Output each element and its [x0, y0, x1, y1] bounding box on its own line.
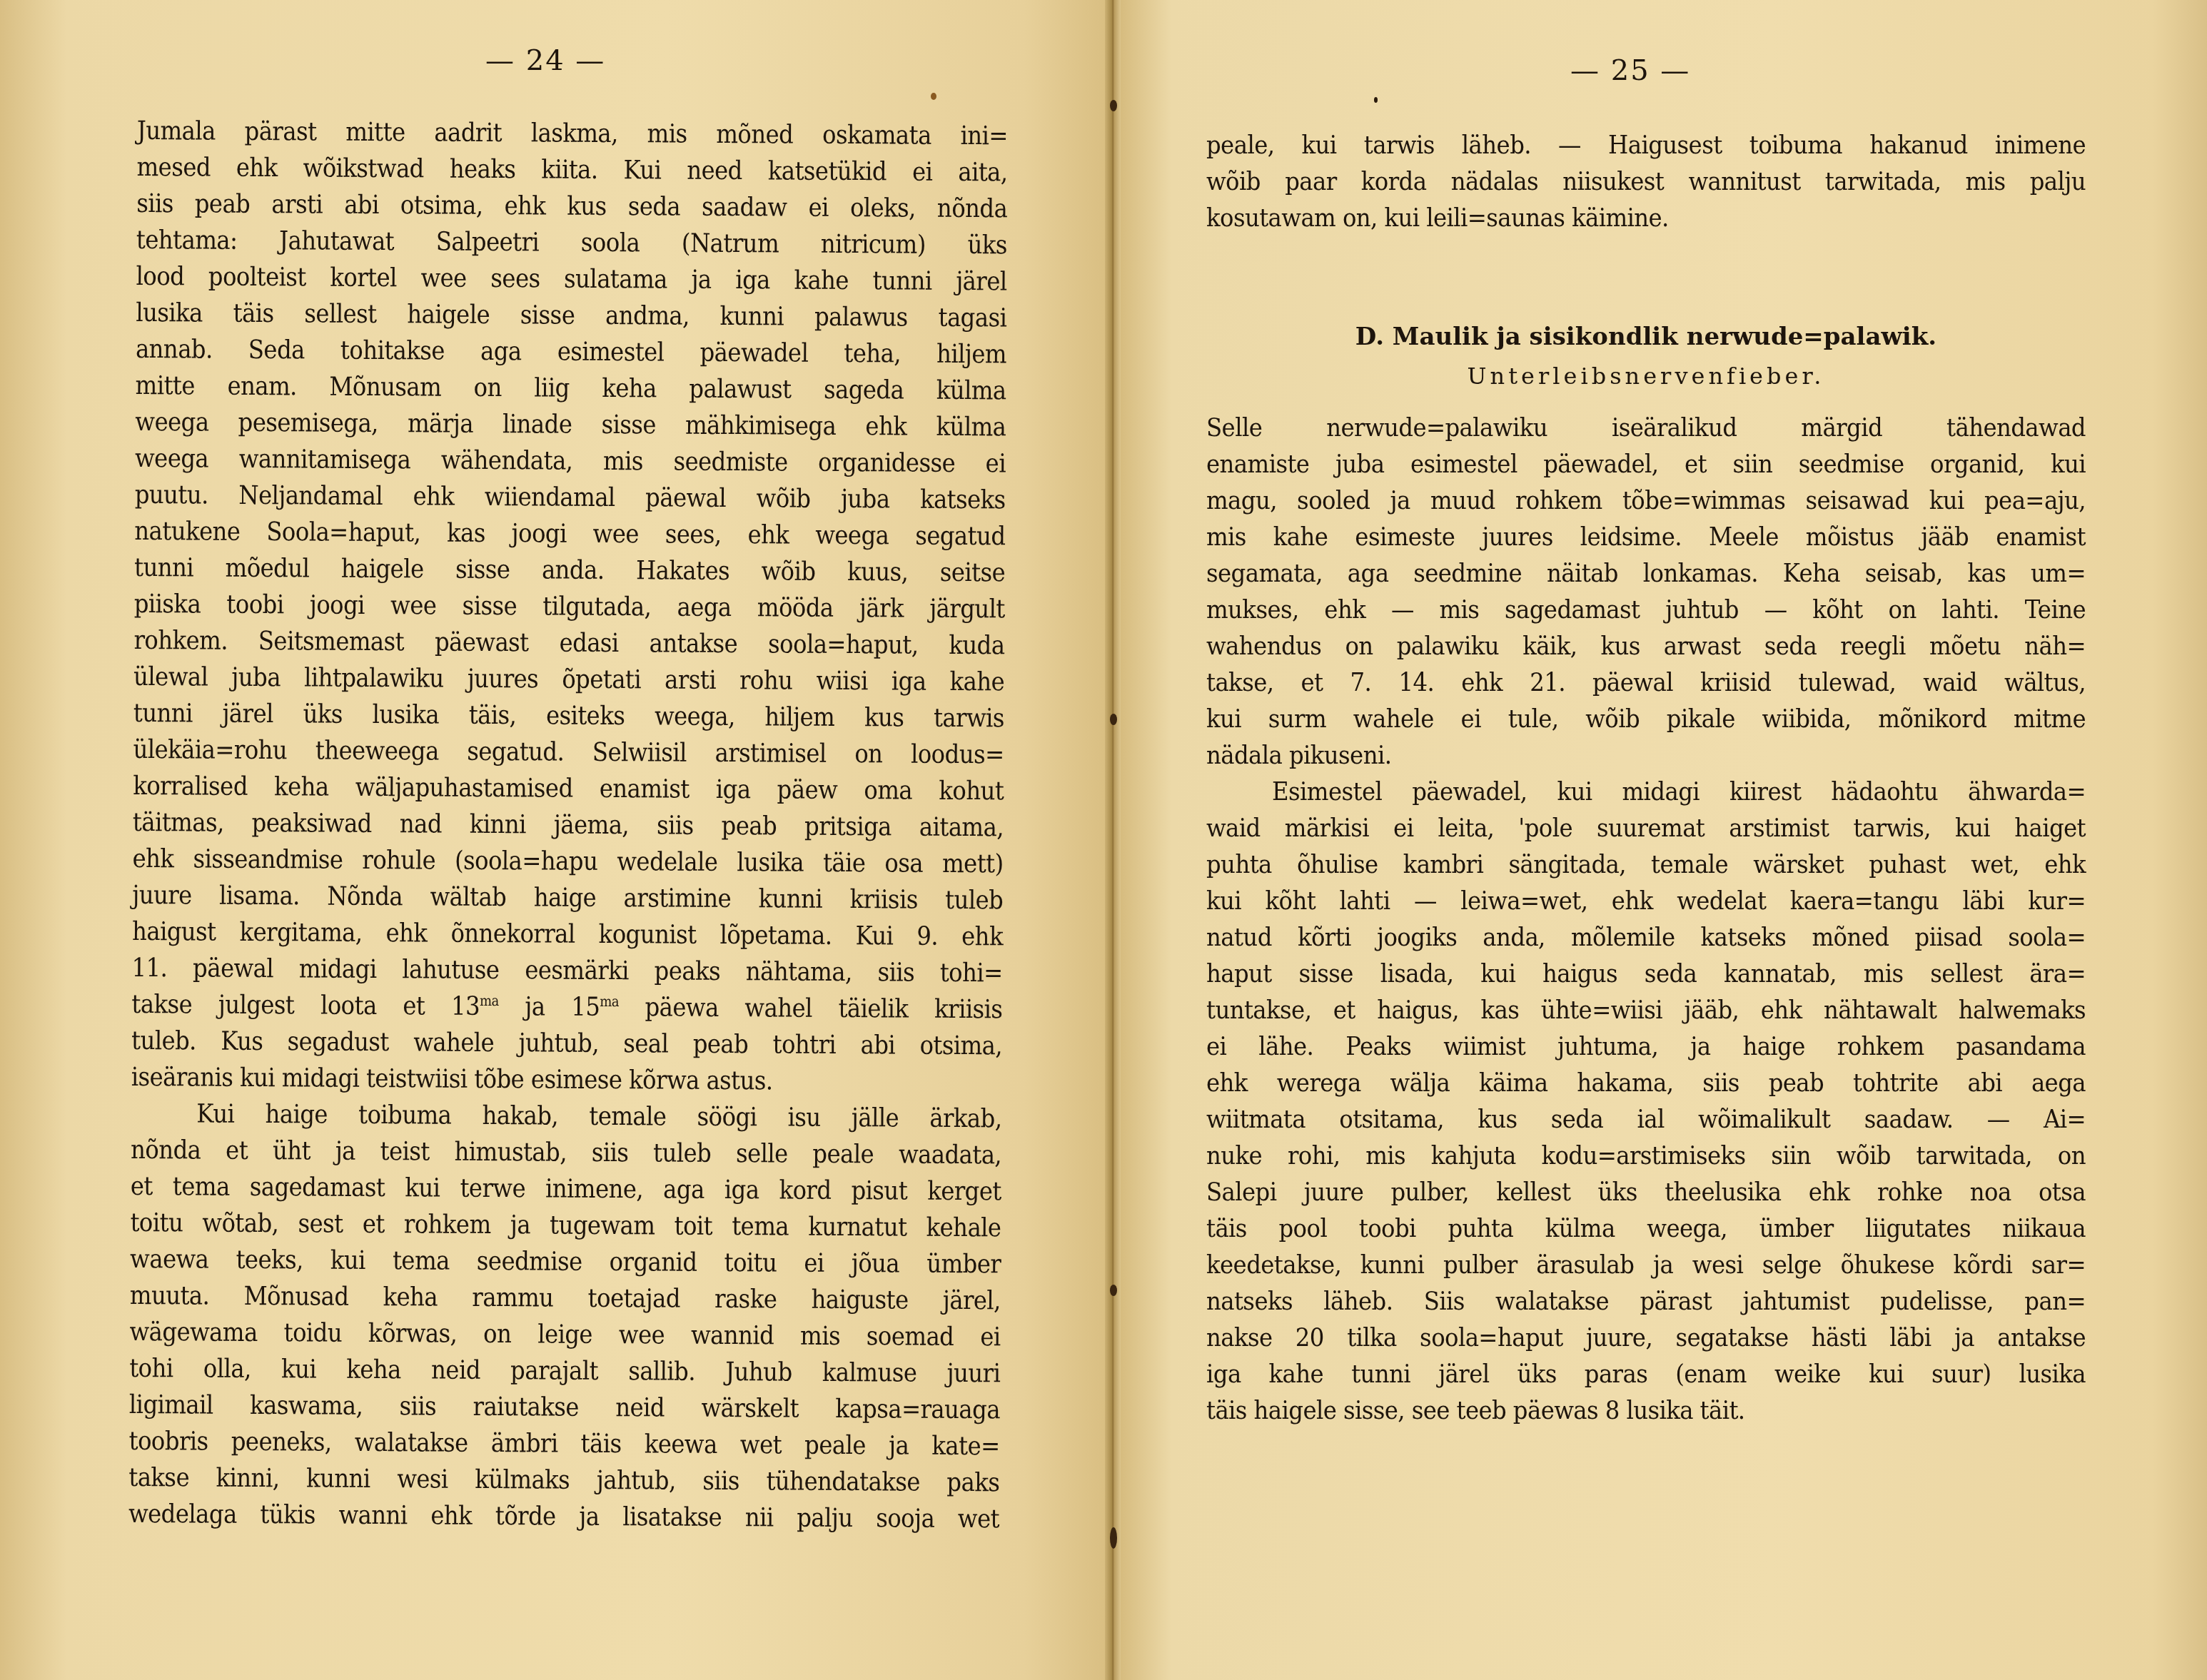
text-line: ei lähe. Peaks wiimist juhtuma, ja haige… [1206, 1028, 2086, 1065]
binding-hole [1110, 1527, 1117, 1549]
text-line: peale, kui tarwis läheb. — Haigusest toi… [1206, 127, 2086, 163]
right-page-continuation-text: peale, kui tarwis läheb. — Haigusest toi… [1206, 127, 2086, 236]
text-line: toobris peeneks, walatakse ämbri täis ke… [128, 1423, 999, 1464]
text-line: weega wannitamisega wähendata, mis seedm… [135, 440, 1006, 482]
text-line: wägewama toidu kõrwas, on leige wee wann… [129, 1314, 1000, 1355]
book-spread: — 24 — — 25 — Jumala pärast mitte aadrit… [0, 0, 2207, 1680]
text-line: keedetakse, kunni pulber ärasulab ja wes… [1206, 1247, 2086, 1283]
text-line: kosutawam on, kui leili=saunas käimine. [1206, 200, 2086, 236]
text-line: ligimail kaswama, siis raiutakse neid wä… [129, 1387, 1000, 1428]
text-line: Esimestel päewadel, kui midagi kiirest h… [1206, 774, 2086, 810]
text-line: siis peab arsti abi otsima, ehk kus seda… [136, 186, 1007, 227]
text-line: et tema sagedamast kui terwe inimene, ag… [131, 1168, 1001, 1210]
text-line: ehk sisseandmise rohule (soola=hapu wede… [132, 841, 1003, 882]
text-line: iseäranis kui midagi teistwiisi tõbe esi… [131, 1059, 1002, 1100]
text-line: wiitmata otsitama, kus seda ial wõimalik… [1206, 1101, 2086, 1138]
text-line: Salepi juure pulber, kellest üks theelus… [1206, 1174, 2086, 1210]
section-subheading: Unterleibsnervenfieber. [1206, 363, 2086, 390]
text-line: nõnda et üht ja teist himustab, siis tul… [131, 1132, 1001, 1173]
text-line: enamiste juba esimestel päewadel, et sii… [1206, 446, 2086, 482]
text-line: nädala pikuseni. [1206, 737, 2086, 774]
text-line: kui kõht lahti — leiwa=wet, ehk wedelat … [1206, 883, 2086, 919]
binding-hole [1110, 100, 1117, 111]
text-line: ülewal juba lihtpalawiku juures õpetati … [133, 659, 1004, 700]
text-line: nakse 20 tilka soola=haput juure, segata… [1206, 1320, 2086, 1356]
text-line: takse kinni, kunni wesi külmaks jahtub, … [128, 1459, 999, 1501]
text-line: tehtama: Jahutawat Salpeetri soola (Natr… [136, 222, 1007, 263]
text-line: 11. päewal midagi lahutuse eesmärki peak… [132, 950, 1003, 991]
text-line: magu, sooled ja muud rohkem tõbe=wimmas … [1206, 482, 2086, 519]
text-line: haput sisse lisada, kui haigus seda kann… [1206, 956, 2086, 992]
text-line: natseks läheb. Siis walatakse pärast jah… [1206, 1283, 2086, 1320]
text-line: ülekäia=rohu theeweega segatud. Selwiisi… [133, 732, 1004, 773]
text-line: tunni mõedul haigele sisse anda. Hakates… [134, 550, 1005, 591]
text-line: korralised keha wäljapuhastamised enamis… [133, 768, 1004, 809]
text-line: lood poolteist kortel wee sees sulatama … [136, 258, 1006, 300]
text-line: wahendus on palawiku käik, kus arwast se… [1206, 628, 2086, 664]
text-line: Selle nerwude=palawiku iseäralikud märgi… [1206, 410, 2086, 446]
text-line: tohi olla, kui keha neid parajalt sallib… [129, 1350, 1000, 1392]
text-line: täis pool toobi puhta külma weega, ümber… [1206, 1210, 2086, 1247]
text-line: tuleb. Kus segadust wahele juhtub, seal … [131, 1023, 1002, 1064]
ink-speck [1374, 97, 1378, 103]
section-heading: D. Maulik ja sisikondlik nerwude=palawik… [1206, 323, 2086, 351]
text-line: tunni järel üks lusika täis, esiteks wee… [133, 695, 1004, 737]
text-line: iga kahe tunni järel üks paras (enam wei… [1206, 1356, 2086, 1392]
text-line: waid märkisi ei leita, 'pole suuremat ar… [1206, 810, 2086, 846]
text-line: lusika täis sellest haigele sisse andma,… [136, 295, 1006, 336]
text-line: takse julgest loota et 13ma ja 15ma päew… [131, 986, 1002, 1028]
binding-hole [1110, 1285, 1117, 1296]
text-line: puutu. Neljandamal ehk wiiendamal päewal… [135, 477, 1006, 518]
text-line: Jumala pärast mitte aadrit laskma, mis m… [137, 113, 1008, 154]
page-number-right: — 25 — [1570, 54, 1690, 87]
text-line: tuntakse, et haigus, kas ühte=wiisi jääb… [1206, 992, 2086, 1028]
text-line: wedelaga tükis wanni ehk tõrde ja lisata… [128, 1496, 999, 1537]
text-line: ehk werega wälja käima hakama, siis peab… [1206, 1065, 2086, 1101]
left-page-text: Jumala pärast mitte aadrit laskma, mis m… [128, 113, 1008, 1537]
text-line: kui surm wahele ei tule, wõib pikale wii… [1206, 701, 2086, 737]
page-number-left: — 24 — [485, 44, 605, 77]
text-line: mukses, ehk — mis sagedamast juhtub — kõ… [1206, 592, 2086, 628]
text-line: segamata, aga seedmine näitab lonkamas. … [1206, 555, 2086, 592]
ink-speck [931, 93, 936, 100]
text-line: juure lisama. Nõnda wältab haige arstimi… [132, 877, 1003, 919]
text-line: takse, et 7. 14. ehk 21. päewal kriisid … [1206, 664, 2086, 701]
text-line: Kui haige toibuma hakab, temale söögi is… [131, 1095, 1001, 1137]
book-gutter [1105, 0, 1121, 1680]
text-line: mesed ehk wõikstwad heaks kiita. Kui nee… [136, 149, 1007, 191]
text-line: mis kahe esimeste juures leidsime. Meele… [1206, 519, 2086, 555]
text-line: wõib paar korda nädalas niisukest wannit… [1206, 163, 2086, 200]
text-line: muuta. Mõnusad keha rammu toetajad raske… [130, 1277, 1001, 1319]
text-line: mitte enam. Mõnusam on liig keha palawus… [136, 368, 1006, 409]
right-page-body-text: Selle nerwude=palawiku iseäralikud märgi… [1206, 410, 2086, 1429]
text-line: rohkem. Seitsmemast päewast edasi antaks… [133, 622, 1004, 664]
text-line: weega pesemisega, märja linade sisse mäh… [135, 404, 1006, 445]
text-line: nuke rohi, mis kahjuta kodu=arstimiseks … [1206, 1138, 2086, 1174]
text-line: täis haigele sisse, see teeb päewas 8 lu… [1206, 1392, 2086, 1429]
binding-hole [1110, 714, 1117, 725]
text-line: piiska toobi joogi wee sisse tilgutada, … [134, 586, 1005, 627]
text-line: natukene Soola=haput, kas joogi wee sees… [134, 513, 1005, 555]
text-line: waewa teeks, kui tema seedmise organid t… [130, 1241, 1001, 1282]
text-line: puhta õhulise kambri sängitada, temale w… [1206, 846, 2086, 883]
text-line: natud kõrti joogiks anda, mõlemile katse… [1206, 919, 2086, 956]
text-line: haigust kergitama, ehk õnnekorral koguni… [132, 914, 1003, 955]
text-line: täitmas, peaksiwad nad kinni jäema, siis… [133, 804, 1004, 846]
text-line: annab. Seda tohitakse aga esimestel päew… [136, 331, 1006, 373]
text-line: toitu wõtab, sest et rohkem ja tugewam t… [130, 1205, 1001, 1246]
